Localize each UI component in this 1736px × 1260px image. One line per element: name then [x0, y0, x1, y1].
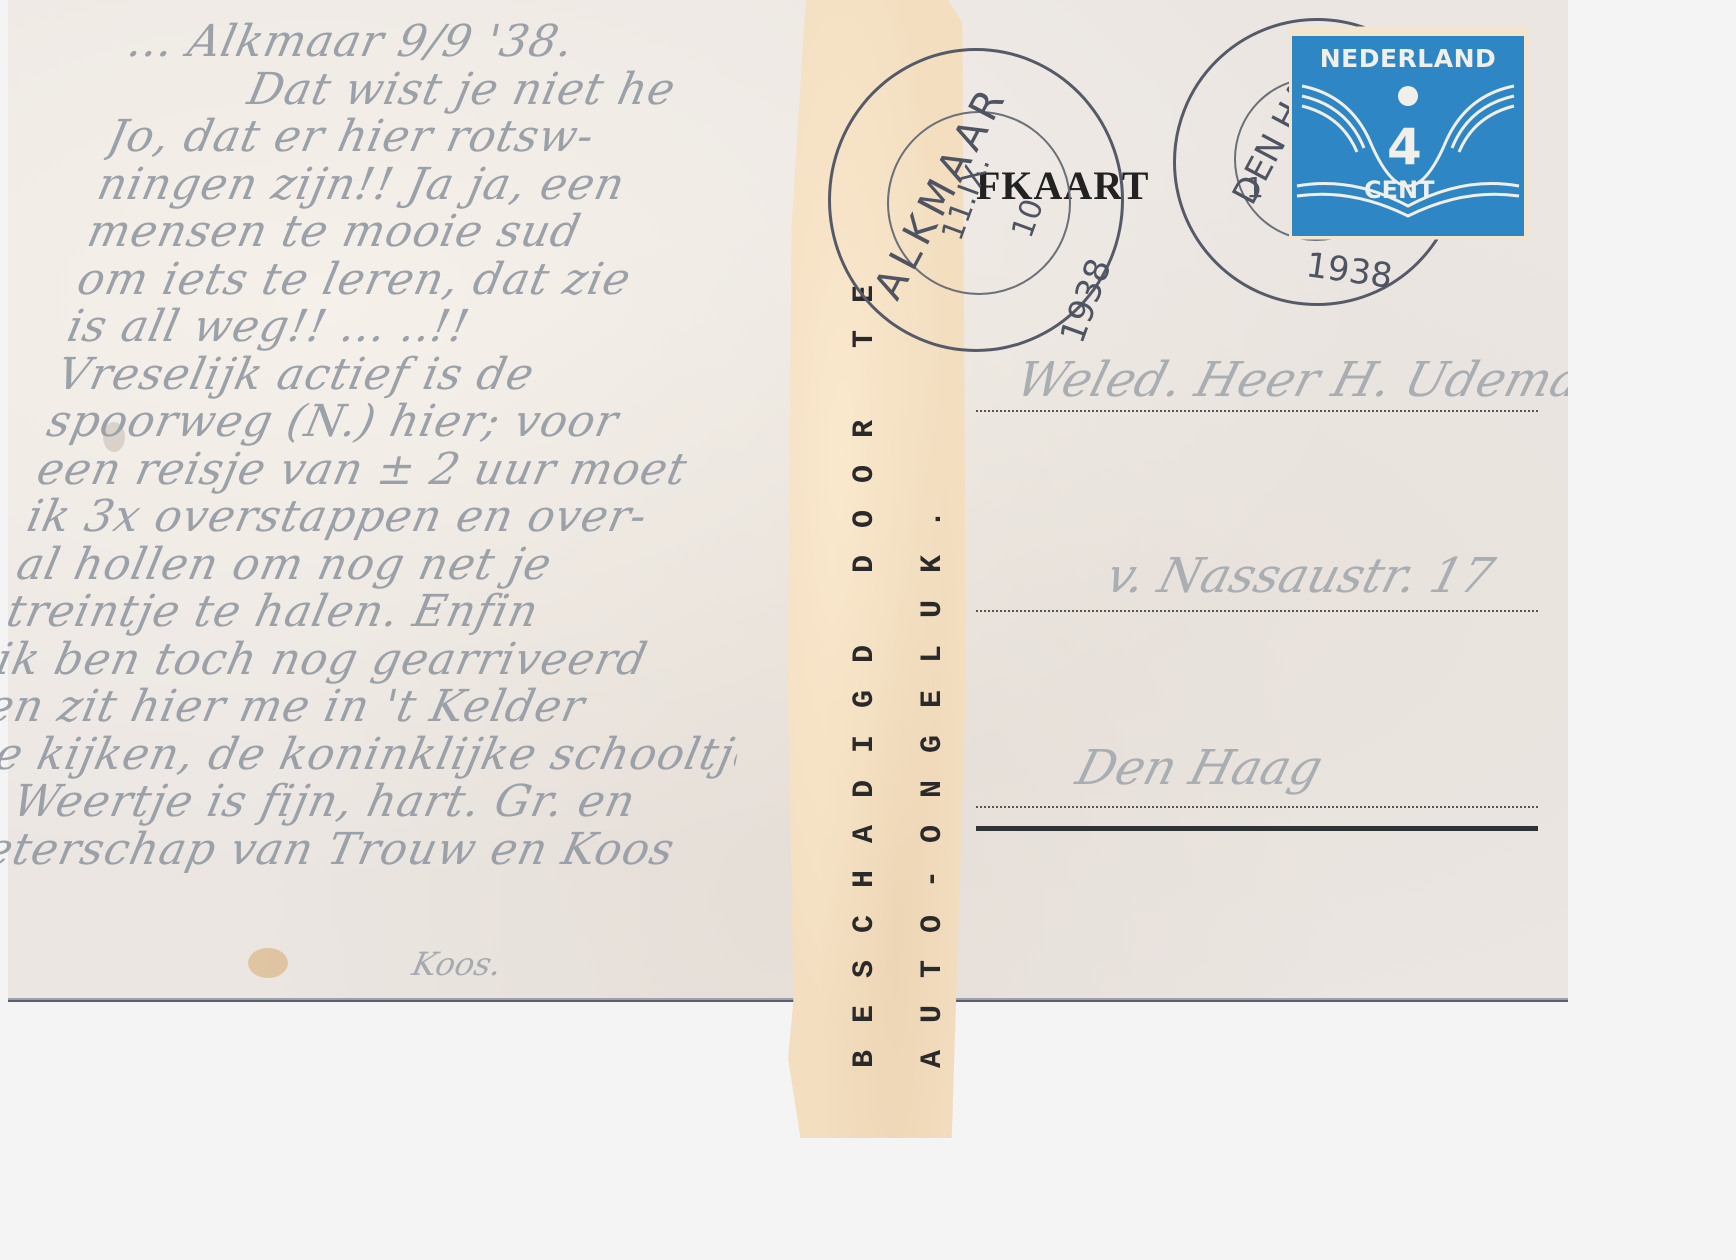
message-line: Jo, dat er hier rotsw- [104, 113, 874, 161]
message-line: om iets te leren, dat zie [73, 256, 843, 304]
message-line: 't Weertje is fijn, hart. Gr. en [0, 778, 732, 826]
address-line-3: Den Haag [1070, 740, 1328, 796]
handwritten-message: ... Alkmaar 9/9 '38. Dat wist je niet he… [0, 18, 894, 873]
message-line: te kijken, de koninklijke schooltjes. [0, 731, 742, 779]
address-line-2: v. Nassaustr. 17 [1100, 548, 1500, 604]
message-line: een reisje van ± 2 uur moet [33, 446, 803, 494]
message-line: Vreselijk actief is de [53, 351, 823, 399]
tape-text-line-2: AUTO-ONGELUK. [916, 483, 950, 1068]
tape-text-line-1: BESCHADIGD DOOR TE [848, 258, 882, 1068]
postmark-year: 1938 [1304, 245, 1395, 297]
stamp-unit: CENT [1364, 176, 1434, 204]
message-line: is all weg!! ... ..!! [63, 303, 833, 351]
message-line: mensen te mooie sud [83, 208, 853, 256]
message-line: ningen zijn!! Ja ja, een [93, 161, 863, 209]
stamp-value: 4 [1387, 118, 1422, 176]
message-line: ik 3x overstappen en over- [23, 493, 793, 541]
stain [248, 948, 288, 978]
message-line: spoorweg (N.) hier; voor [43, 398, 813, 446]
solid-address-rule [976, 826, 1538, 831]
message-line: ... Alkmaar 9/9 '38. [124, 18, 894, 66]
stamp-country: NEDERLAND [1292, 44, 1524, 73]
signature: Koos. [409, 945, 505, 983]
message-line: ik ben toch nog gearriveerd [0, 636, 763, 684]
postmark-date: 1 [1246, 171, 1264, 204]
dotted-address-rule [976, 410, 1538, 412]
message-line: en zit hier me in 't Kelder [0, 683, 753, 731]
address-line-1: Weled. Heer H. Udema [1010, 352, 1568, 408]
stamp-face: NEDERLAND 4 CENT [1292, 36, 1524, 236]
postage-stamp: NEDERLAND 4 CENT [1284, 22, 1534, 244]
dotted-address-rule [976, 610, 1538, 612]
postmark-alkmaar: ALKMAAR 11.IX. 10 1938 [828, 48, 1124, 352]
message-line: beterschap van Trouw en Koos [0, 826, 722, 874]
message-line: treintje te halen. Enfin [3, 588, 773, 636]
message-line: Dat wist je niet he [114, 66, 884, 114]
message-line: al hollen om nog net je [13, 541, 783, 589]
dotted-address-rule [976, 806, 1538, 808]
